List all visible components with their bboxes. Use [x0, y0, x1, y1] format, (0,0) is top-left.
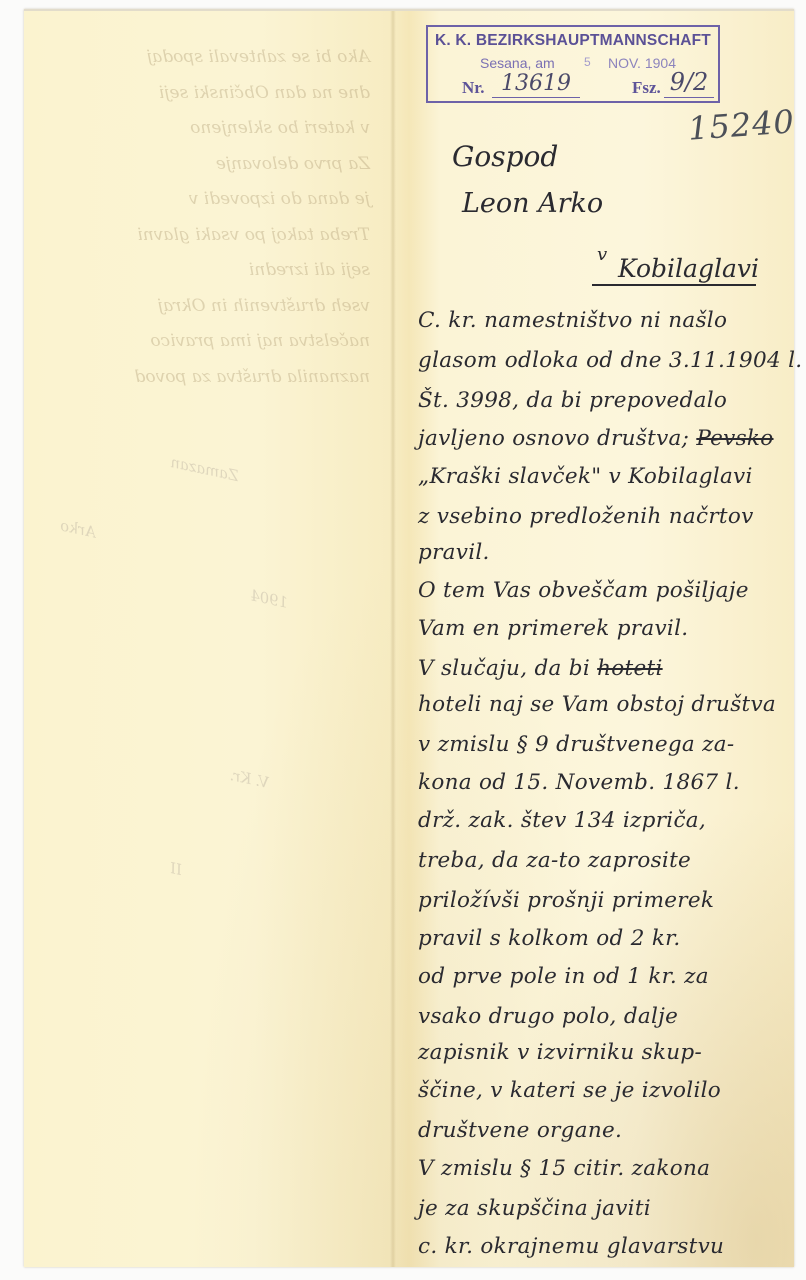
body-line: hoteli naj se Vam obstoj društva: [418, 692, 776, 717]
body-line: „Kraški slavček" v Kobilaglavi: [418, 464, 753, 489]
body-line: Št. 3998, da bi prepovedalo: [418, 388, 727, 413]
body-line: priložívši prošnji primerek: [418, 888, 714, 913]
body-line: treba, da za-to zaprosite: [418, 848, 691, 873]
body-line: društvene organe.: [418, 1118, 622, 1143]
bleed-line: Ako bi se zahtevali spodaj: [30, 40, 370, 76]
bleed-line: seji ali izredni: [30, 253, 370, 289]
body-line: vsako drugo polo, dalje: [418, 1004, 678, 1029]
reference-number: 15240: [687, 102, 796, 147]
scan-background: Ako bi se zahtevali spodaj dne na dan Ob…: [0, 0, 806, 1280]
stamp-nr-label: Nr.: [462, 78, 485, 98]
bleed-note: Zamazan: [169, 453, 240, 485]
place-preposition: v: [597, 244, 607, 265]
body-line: javljeno osnovo društva; Pevsko: [418, 426, 774, 451]
body-text: V slučaju, da bi: [418, 656, 590, 681]
stamp-fsz-value: 9/2: [664, 67, 714, 98]
bleed-line: v kateri bo sklenjeno: [30, 111, 370, 147]
addressee: Leon Arko: [462, 188, 603, 219]
body-line: ščine, v kateri se je izvolilo: [418, 1078, 721, 1103]
office-stamp: K. K. BEZIRKSHAUPTMANNSCHAFT Sesana, am …: [426, 25, 720, 103]
body-line: V slučaju, da bi hoteti: [418, 656, 663, 681]
body-line: kona od 15. Novemb. 1867 l.: [418, 770, 740, 795]
stamp-fsz-label: Fsz.: [632, 78, 661, 98]
bleed-line: dne na dan Občinski seji: [30, 76, 370, 112]
body-line: O tem Vas obveščam pošiljaje: [418, 578, 749, 603]
left-page-pencil-notes: Zamazan Arko 1904 V. Kr. II: [50, 450, 370, 950]
body-line: glasom odloka od dne 3.11.1904 l.: [418, 348, 802, 373]
stamp-title: K. K. BEZIRKSHAUPTMANNSCHAFT: [428, 32, 718, 50]
bleed-note: 1904: [249, 586, 290, 612]
place-name: Kobilaglavi: [618, 254, 759, 283]
bleed-line: naznanila društva za povod: [30, 360, 370, 396]
body-line: drž. zak. štev 134 izpriča,: [418, 808, 706, 833]
body-line: z vsebino predloženih načrtov: [418, 504, 754, 529]
struck-word: hoteti: [597, 656, 662, 681]
bleed-line: vseh društvenih in Okraj: [30, 289, 370, 325]
struck-word: Pevsko: [696, 426, 773, 451]
bleed-note: Arko: [59, 516, 98, 541]
body-line: C. kr. namestništvo ni našlo: [418, 308, 727, 333]
stamp-place: Sesana, am: [480, 55, 555, 71]
left-page-bleed-through: Ako bi se zahtevali spodaj dne na dan Ob…: [30, 40, 370, 395]
bleed-line: Za prvo delovanje: [30, 147, 370, 183]
place-underline: [592, 284, 756, 286]
body-line: V zmislu § 15 citir. zakona: [418, 1156, 710, 1181]
body-line: v zmislu § 9 društvenega za-: [418, 732, 735, 757]
bleed-line: načelstva naj ima pravico: [30, 324, 370, 360]
stamp-day: 5: [584, 55, 591, 69]
body-line: zapisnik v izvirniku skup-: [418, 1040, 702, 1065]
body-line: c. kr. okrajnemu glavarstvu: [418, 1234, 724, 1259]
bleed-note: V. Kr.: [229, 766, 271, 792]
body-line: pravil s kolkom od 2 kr.: [418, 926, 681, 951]
bleed-line: je dana do izpovedi v: [30, 182, 370, 218]
stamp-nr-value: 13619: [492, 71, 580, 98]
body-line: Vam en primerek pravil.: [418, 616, 688, 641]
body-line: je za skupščina javiti: [418, 1196, 651, 1221]
salutation: Gospod: [452, 140, 558, 173]
body-line: pravil.: [418, 540, 490, 565]
bleed-line: Treba takoj po vsaki glavni: [30, 218, 370, 254]
body-line: od prve pole in od 1 kr. za: [418, 964, 709, 989]
body-text: javljeno osnovo društva;: [418, 426, 689, 451]
bleed-note: II: [168, 859, 183, 879]
page-fold: [390, 11, 396, 1267]
